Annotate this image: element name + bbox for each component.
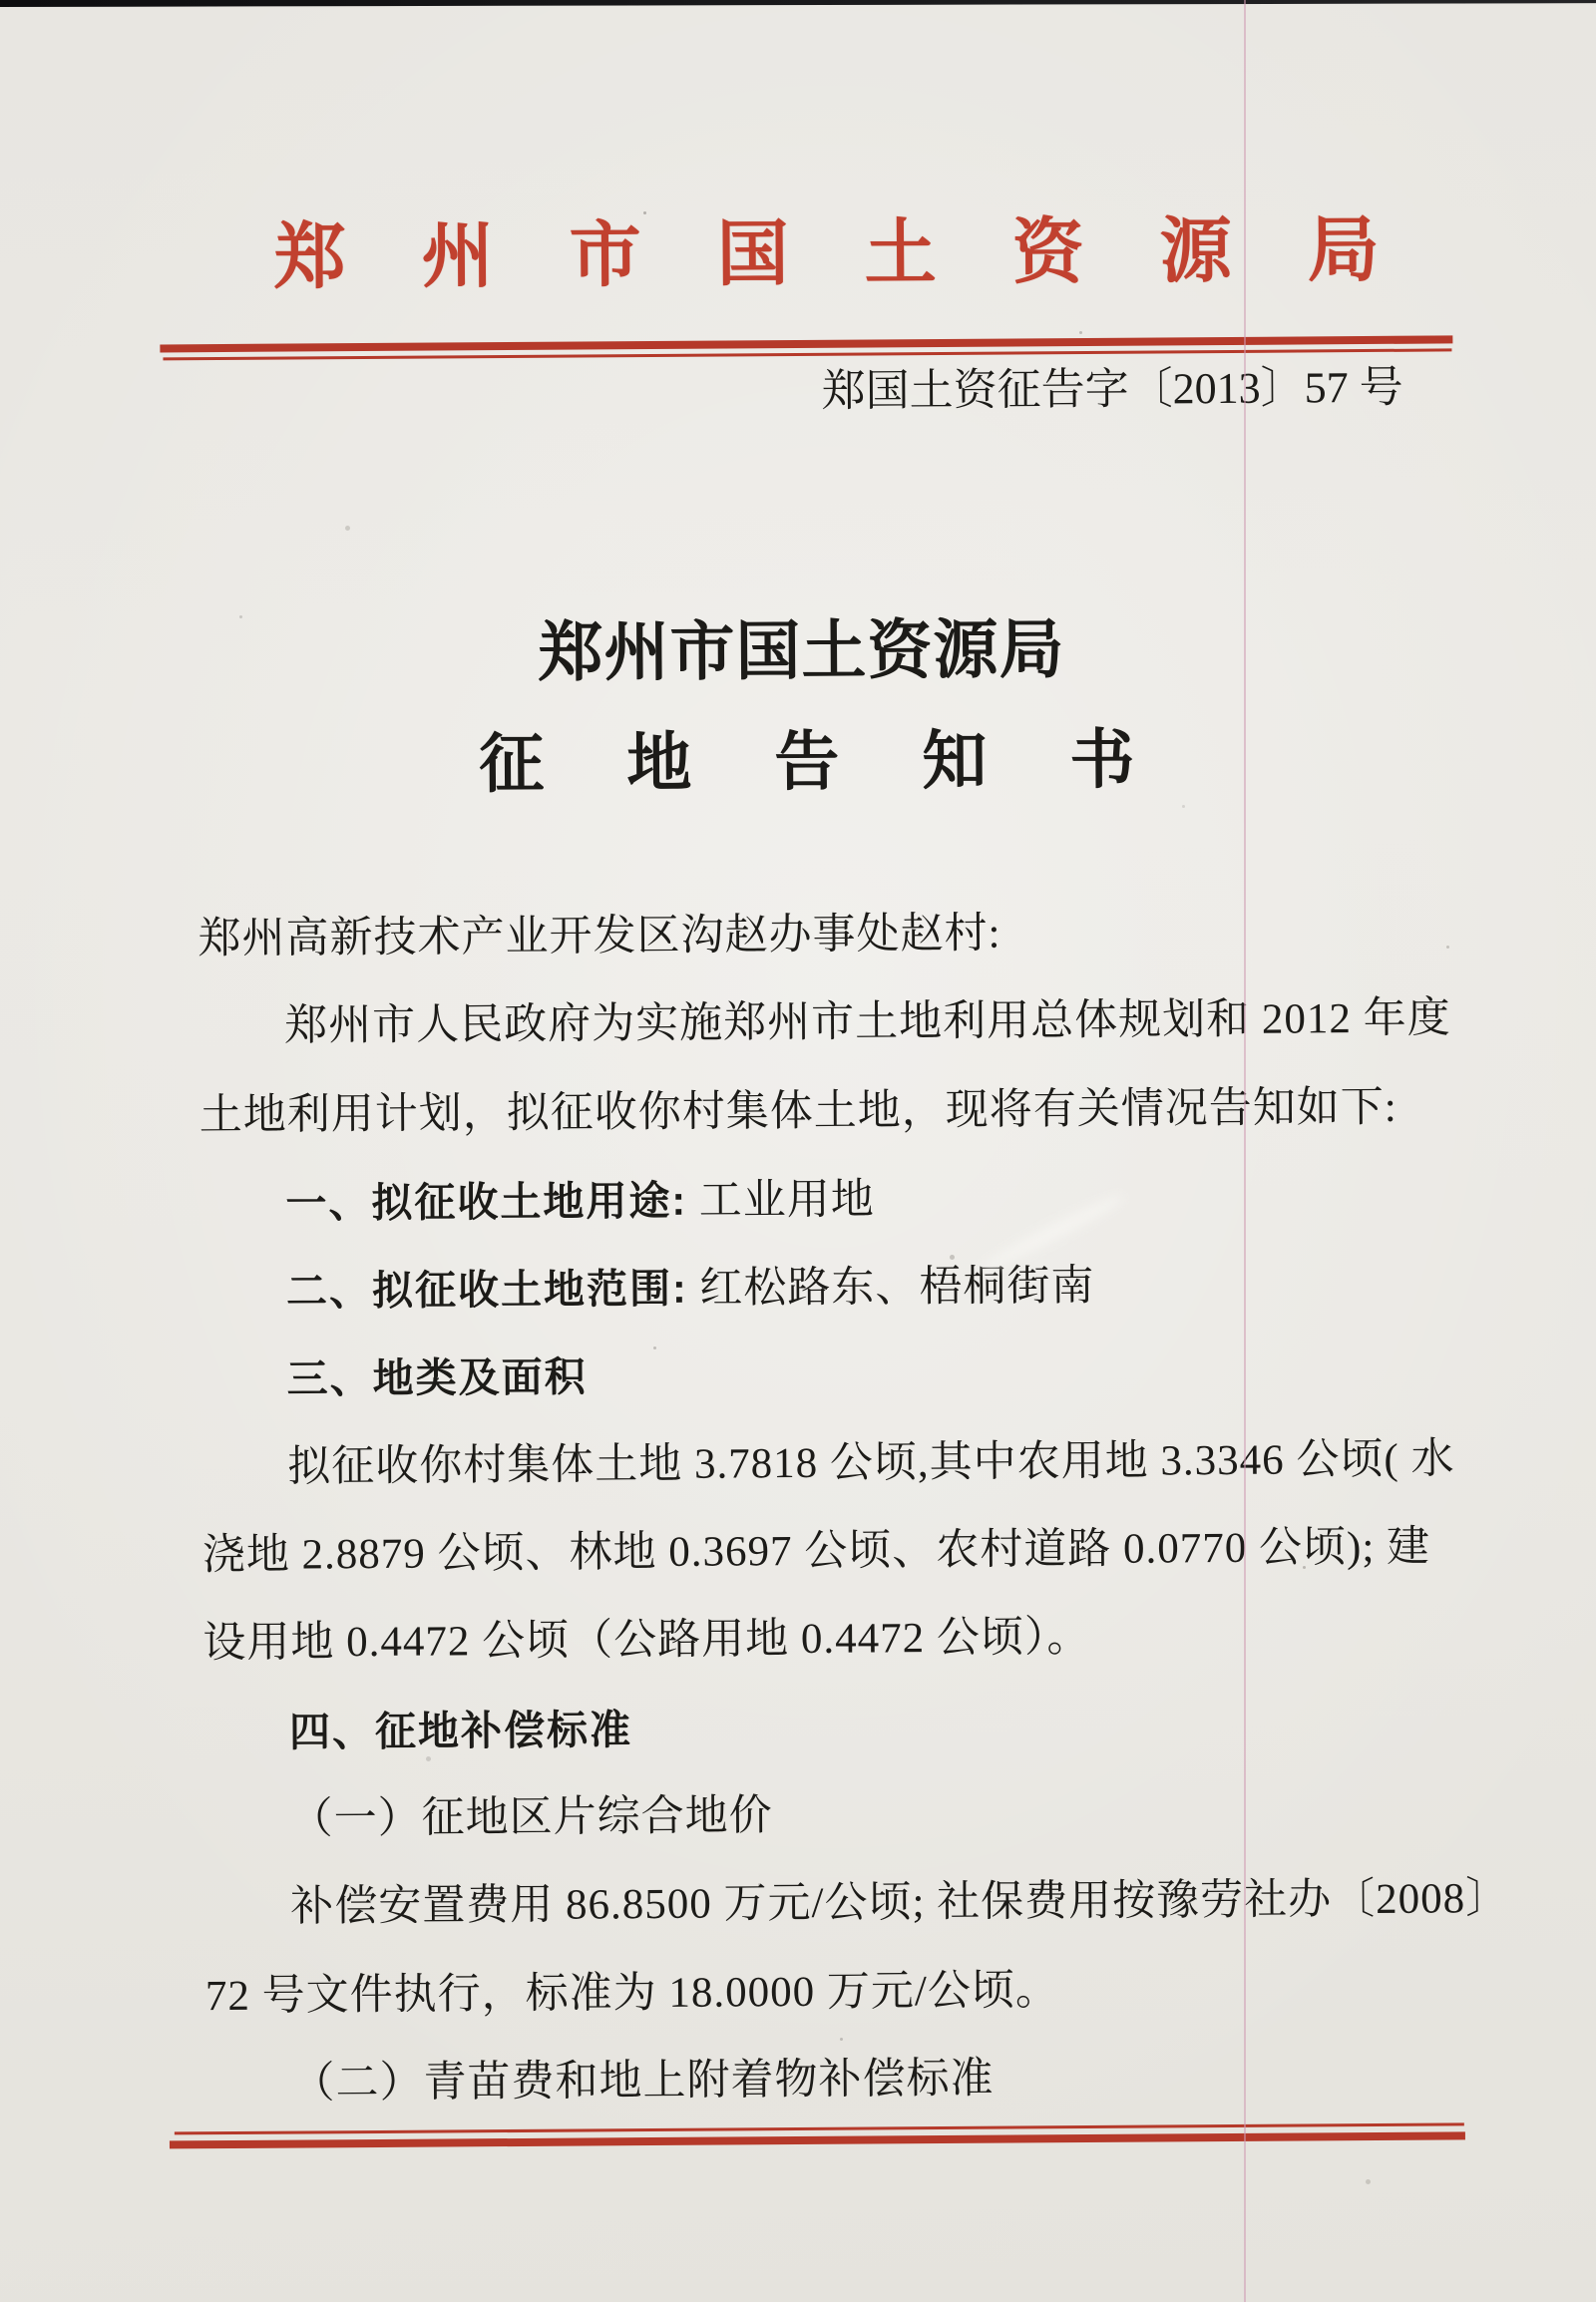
body-line-text-run: 设用地 0.4472 公顷（公路用地 0.4472 公顷）。 <box>202 1614 1090 1667</box>
body-line: （二）青苗费和地上附着物补偿标准 <box>205 2032 1483 2128</box>
body-line-heading-run: 一、拟征收土地用途: <box>285 1178 687 1227</box>
body-line: 拟征收你村集体土地 3.7818 公顷,其中农用地 3.3346 公顷( 水 <box>201 1415 1479 1512</box>
document-title-line1: 郑州市国土资源局 <box>3 614 1596 690</box>
body-line: 四、征地补偿标准 <box>203 1680 1481 1776</box>
body-line-text-run: （一）征地区片综合地价 <box>290 1792 773 1842</box>
letterhead-agency-title: 郑州市国土资源局 <box>274 213 1455 293</box>
body-line: 三、地类及面积 <box>200 1328 1478 1424</box>
document-number: 郑国土资征告字〔2013〕57 号 <box>822 366 1403 414</box>
body-line-text-run: （二）青苗费和地上附着物补偿标准 <box>291 2056 994 2108</box>
body-line-text-run: 工业用地 <box>687 1176 875 1224</box>
body-line-text-run: 拟征收你村集体土地 3.7818 公顷,其中农用地 3.3346 公顷( 水 <box>287 1435 1455 1490</box>
body-line: 浇地 2.8879 公顷、林地 0.3697 公顷、农村道路 0.0770 公顷… <box>202 1503 1480 1600</box>
body-line-text-run: 72 号文件执行，标准为 18.0000 万元/公顷。 <box>205 1967 1059 2020</box>
body-line: 土地利用计划，拟征收你村集体土地，现将有关情况告知如下: <box>199 1063 1476 1160</box>
body-line-heading-run: 三、地类及面积 <box>286 1354 587 1402</box>
body-line-text-run: 红松路东、梧桐街南 <box>687 1263 1094 1313</box>
document-title-line2: 征地告知书 <box>479 728 1217 798</box>
body-line: （一）征地区片综合地价 <box>203 1767 1481 1864</box>
body-line: 补偿安置费用 86.8500 万元/公顷; 社保费用按豫劳社办〔2008〕 <box>204 1856 1482 1953</box>
body-line-heading-run: 四、征地补偿标准 <box>289 1707 632 1754</box>
body-line-text-run: 郑州高新技术产业开发区沟赵办事处赵村: <box>198 911 1000 963</box>
body-line: 一、拟征收土地用途: 工业用地 <box>199 1151 1477 1248</box>
paper-specks-artifact <box>643 211 646 214</box>
body-line-text-run: 补偿安置费用 86.8500 万元/公顷; 社保费用按豫劳社办〔2008〕 <box>290 1875 1509 1931</box>
document-body: 郑州高新技术产业开发区沟赵办事处赵村:郑州市人民政府为实施郑州市土地利用总体规划… <box>198 887 1483 2128</box>
scan-streak-artifact <box>1244 0 1246 2302</box>
body-line: 设用地 0.4472 公顷（公路用地 0.4472 公顷）。 <box>202 1592 1480 1689</box>
body-line: 二、拟征收土地范围: 红松路东、梧桐街南 <box>200 1239 1478 1336</box>
body-line-heading-run: 二、拟征收土地范围: <box>286 1266 688 1315</box>
footer-rule-thick <box>170 2131 1465 2148</box>
body-line: 郑州高新技术产业开发区沟赵办事处赵村: <box>198 887 1475 983</box>
document-content: 郑州市国土资源局 郑国土资征告字〔2013〕57 号 郑州市国土资源局 征地告知… <box>0 0 1596 2302</box>
body-line: 72 号文件执行，标准为 18.0000 万元/公顷。 <box>205 1944 1483 2041</box>
body-line-text-run: 土地利用计划，拟征收你村集体土地，现将有关情况告知如下: <box>199 1083 1397 1138</box>
body-line-text-run: 郑州市人民政府为实施郑州市土地利用总体规划和 2012 年度 <box>284 995 1451 1050</box>
body-line-text-run: 浇地 2.8879 公顷、林地 0.3697 公顷、农村道路 0.0770 公顷… <box>202 1524 1431 1580</box>
body-line: 郑州市人民政府为实施郑州市土地利用总体规划和 2012 年度 <box>199 975 1476 1072</box>
scanned-document-page: 郑州市国土资源局 郑国土资征告字〔2013〕57 号 郑州市国土资源局 征地告知… <box>0 0 1596 2302</box>
